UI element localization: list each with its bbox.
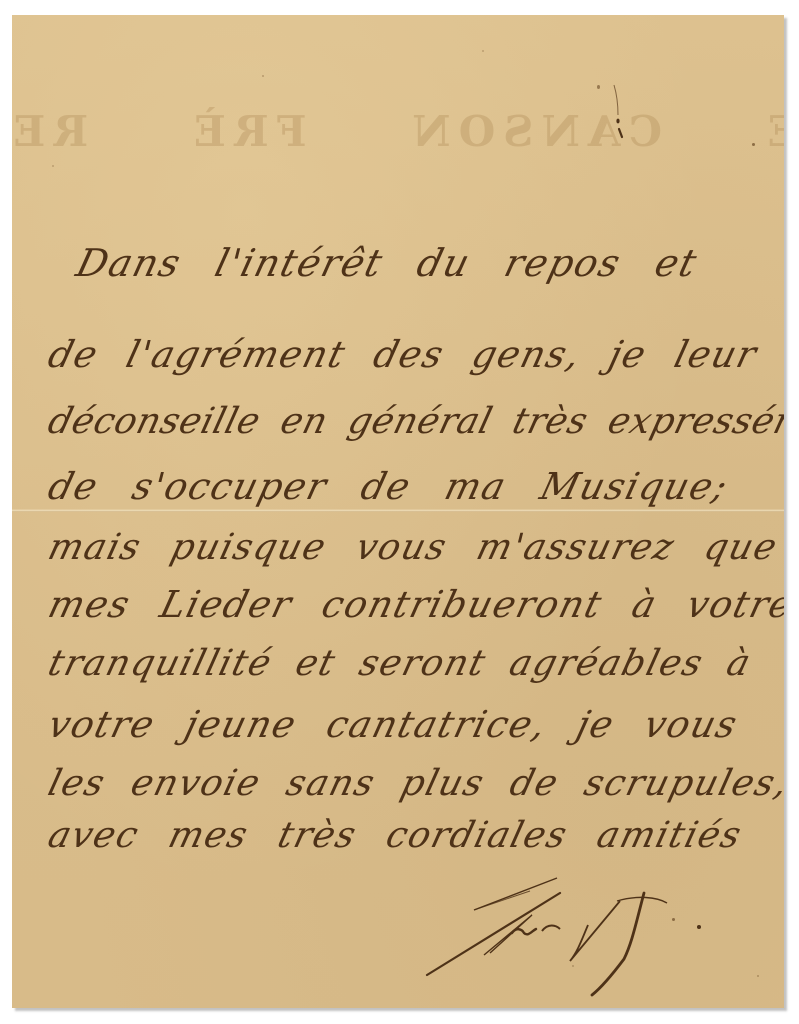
watermark-segment: FRÈ	[186, 107, 307, 156]
paper-speckle	[262, 75, 264, 77]
paper-watermark: DE CANSON FRÈ RES	[12, 109, 784, 153]
letter-line-4: de s'occuper de ma Musique;	[44, 465, 733, 508]
paper-speckle	[482, 50, 484, 52]
fold-crease	[12, 509, 784, 512]
watermark-segment: DE	[760, 107, 784, 156]
letter-line-8: votre jeune cantatrice, je vous	[44, 703, 743, 746]
letter-line-2: de l'agrément des gens, je leur	[44, 333, 762, 376]
signature: FLiszt	[412, 863, 712, 1003]
letter-line-5: mais puisque vous m'assurez que	[44, 527, 782, 568]
letter-line-9: les envoie sans plus de scrupules,	[44, 763, 784, 804]
letter-line-3: déconseille en général très expressément	[44, 401, 784, 442]
letter-line-6: mes Lieder contribueront à votre	[44, 583, 784, 626]
signature-flourish	[412, 863, 712, 1003]
letter-line-10: avec mes très cordiales amitiés	[44, 815, 746, 856]
letter-line-1: Dans l'intérêt du repos et	[72, 241, 702, 285]
ink-mark	[612, 83, 626, 147]
paper-speckle	[757, 975, 759, 977]
paper-speckle	[597, 85, 600, 89]
watermark-segment: RES	[12, 107, 88, 156]
letter-line-7: tranquillité et seront agréables à	[44, 643, 756, 684]
letter-paper: DE CANSON FRÈ RES Dans l'intérêt du repo…	[12, 15, 784, 1008]
document-viewer: DE CANSON FRÈ RES Dans l'intérêt du repo…	[0, 0, 799, 1024]
paper-speckle	[52, 165, 54, 167]
